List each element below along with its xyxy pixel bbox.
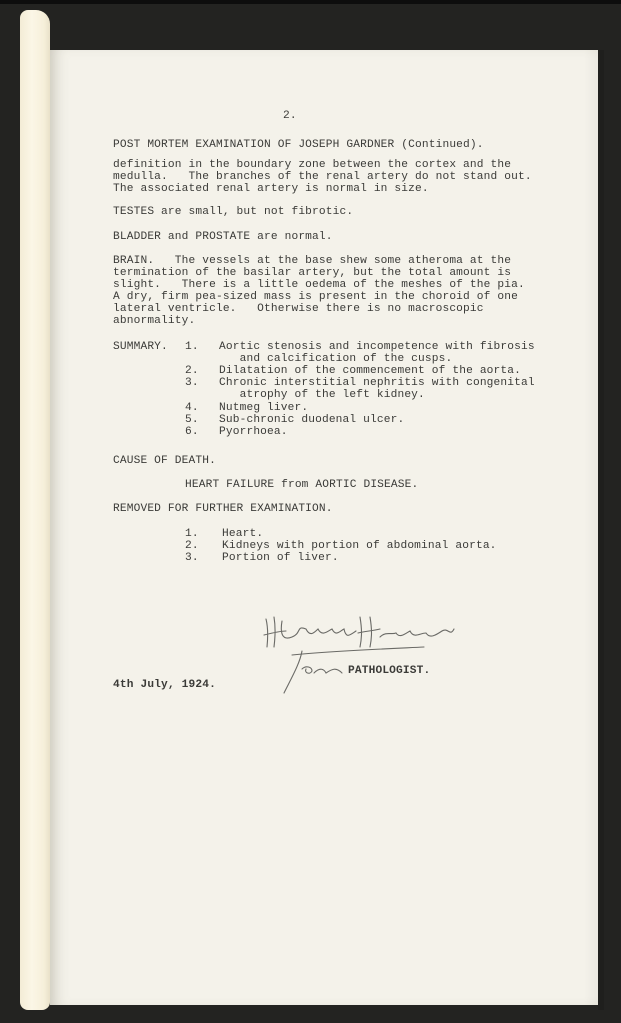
summary-item-6: Pyorrhoea. [219,427,288,439]
signatory-title: PATHOLOGIST. [348,666,430,678]
page-number: 2. [283,111,297,123]
binding-strip [20,10,50,1010]
removed-num-2: 2. [185,541,199,553]
scanner-edge [0,0,621,4]
handwritten-signature [262,607,462,697]
removed-label: REMOVED FOR FURTHER EXAMINATION. [113,504,333,516]
summary-item-3b: atrophy of the left kidney. [219,390,425,402]
removed-num-1: 1. [185,529,199,541]
bladder-line: BLADDER and PROSTATE are normal. [113,232,333,244]
cause-of-death-value: HEART FAILURE from AORTIC DISEASE. [185,480,418,492]
summary-num-1: 1. [185,342,199,354]
summary-num-5: 5. [185,415,199,427]
cause-of-death-label: CAUSE OF DEATH. [113,456,216,468]
document-date: 4th July, 1924. [113,680,216,692]
summary-num-6: 6. [185,427,199,439]
summary-item-2: Dilatation of the commencement of the ao… [219,366,521,378]
summary-num-3: 3. [185,378,199,390]
brain-line-5: lateral ventricle. Otherwise there is no… [113,304,484,316]
summary-label: SUMMARY. [113,342,168,354]
brain-line-4: A dry, firm pea-sized mass is present in… [113,292,518,304]
summary-num-4: 4. [185,403,199,415]
brain-line-1: BRAIN. The vessels at the base shew some… [113,256,511,268]
document-heading: POST MORTEM EXAMINATION OF JOSEPH GARDNE… [113,140,484,152]
removed-item-3: Portion of liver. [222,553,339,565]
kidney-line-1: definition in the boundary zone between … [113,160,511,172]
page-shade [584,50,598,1005]
summary-num-2: 2. [185,366,199,378]
brain-line-3: slight. There is a little oedema of the … [113,280,525,292]
brain-line-2: termination of the basilar artery, but t… [113,268,511,280]
page-edge [598,50,604,1010]
removed-item-1: Heart. [222,529,263,541]
summary-item-1a: Aortic stenosis and incompetence with fi… [219,342,535,354]
summary-item-3a: Chronic interstitial nephritis with cong… [219,378,535,390]
removed-num-3: 3. [185,553,199,565]
brain-line-6: abnormality. [113,316,195,328]
summary-item-5: Sub-chronic duodenal ulcer. [219,415,404,427]
kidney-line-3: The associated renal artery is normal in… [113,184,429,196]
kidney-line-2: medulla. The branches of the renal arter… [113,172,532,184]
summary-item-4: Nutmeg liver. [219,403,308,415]
testes-line: TESTES are small, but not fibrotic. [113,207,353,219]
removed-item-2: Kidneys with portion of abdominal aorta. [222,541,497,553]
summary-item-1b: and calcification of the cusps. [219,354,452,366]
